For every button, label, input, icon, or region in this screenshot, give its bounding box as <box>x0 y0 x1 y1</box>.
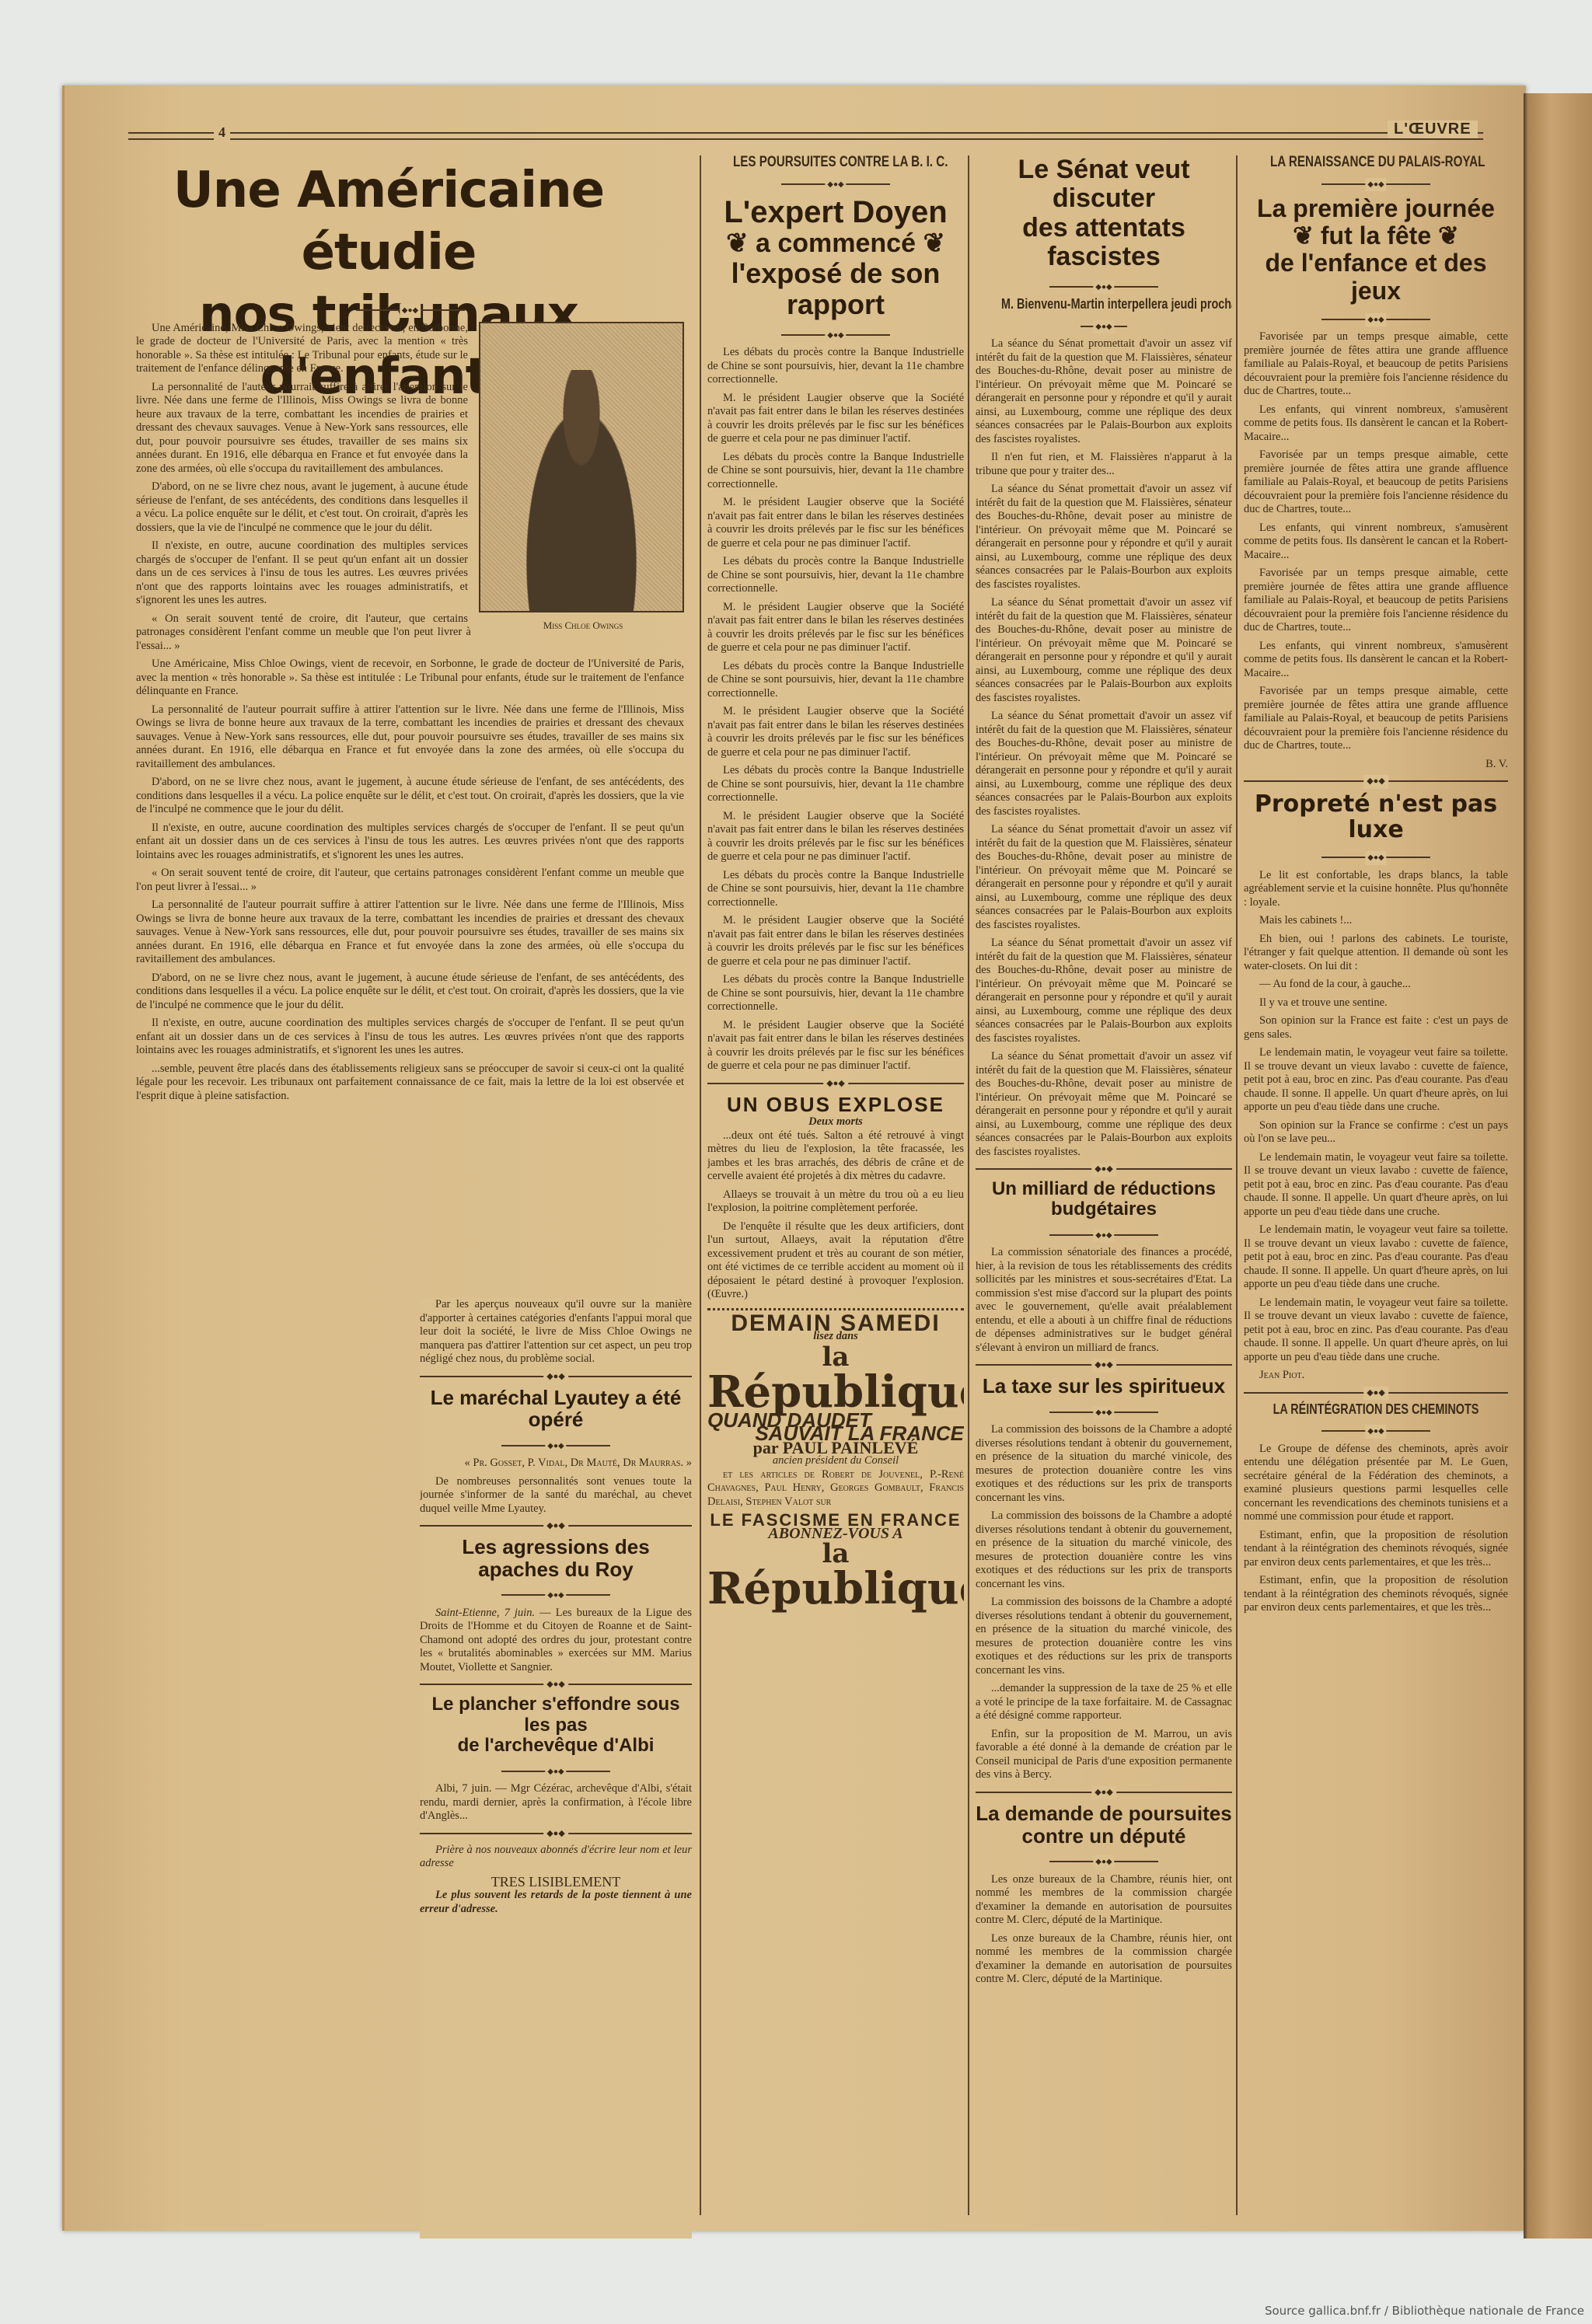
paragraph: Son opinion sur la France est faite : c'… <box>1244 1014 1508 1042</box>
paragraph: Eh bien, oui ! parlons des cabinets. Le … <box>1244 933 1508 974</box>
paragraph: La séance du Sénat promettait d'avoir un… <box>976 596 1232 705</box>
logo-name: République <box>707 1563 964 1614</box>
paragraph: La commission sénatoriale des finances a… <box>976 1246 1232 1355</box>
paragraph: Par les aperçus nouveaux qu'il ouvre sur… <box>420 1298 692 1366</box>
palais-title-1: La première journée <box>1244 195 1508 222</box>
spiritueux-title: La taxe sur les spiritueux <box>976 1375 1232 1398</box>
poursuites-title: La demande de poursuites contre un déput… <box>976 1802 1232 1847</box>
palais-title-3: de l'enfance et des jeux <box>1244 249 1508 304</box>
column-rule <box>1236 155 1238 2215</box>
paragraph: Enfin, sur la proposition de M. Marrou, … <box>976 1728 1232 1782</box>
paragraph: Mais les cabinets !... <box>1244 914 1508 928</box>
column-rule <box>968 155 969 2215</box>
ad-headline: DEMAIN SAMEDI <box>707 1317 964 1331</box>
paragraph: Favorisée par un temps presque aimable, … <box>1244 330 1508 399</box>
title-text: a commencé <box>756 229 916 258</box>
paragraph: M. le président Laugier observe que la S… <box>707 496 964 550</box>
paragraph: M. le président Laugier observe que la S… <box>707 1019 964 1073</box>
byline-role: ancien président du Conseil <box>707 1454 964 1468</box>
paragraph: Les débats du procès contre la Banque In… <box>707 555 964 596</box>
header-rule <box>128 132 1483 140</box>
senat-subtitle: M. Bienvenu-Martin interpellera jeudi pr… <box>1001 298 1206 312</box>
paragraph: Son opinion sur la France se confirme : … <box>1244 1119 1508 1146</box>
paragraph: La commission des boissons de la Chambre… <box>976 1596 1232 1677</box>
col2-lower: Par les aperçus nouveaux qu'il ouvre sur… <box>420 1298 692 2239</box>
paragraph: La commission des boissons de la Chambre… <box>976 1509 1232 1591</box>
paragraph: Albi, 7 juin. — Mgr Cézérac, archevêque … <box>420 1782 692 1823</box>
kicker: LA RENAISSANCE DU PALAIS-ROYAL <box>1270 155 1482 169</box>
paragraph: Le lendemain matin, le voyageur veut fai… <box>1244 1296 1508 1365</box>
paragraph: La séance du Sénat promettait d'avoir un… <box>976 710 1232 818</box>
paragraph: et les articles de Robert de Jouvenel, P… <box>707 1468 964 1509</box>
paragraph: M. le président Laugier observe que la S… <box>707 392 964 446</box>
paragraph: Estimant, enfin, que la proposition de r… <box>1244 1529 1508 1570</box>
paragraph: De nombreuses personnalités sont venues … <box>420 1475 692 1516</box>
paragraph: Le Groupe de défense des cheminots, aprè… <box>1244 1443 1508 1524</box>
republique-logo-2: laRépublique <box>707 1541 964 1610</box>
kicker: LES POURSUITES CONTRE LA B. I. C. <box>733 155 938 169</box>
paragraph: Le lit est confortable, les draps blancs… <box>1244 869 1508 910</box>
obus-title: UN OBUS EXPLOSE <box>707 1094 964 1116</box>
paragraph: Les débats du procès contre la Banque In… <box>707 346 964 387</box>
paragraph: Les débats du procès contre la Banque In… <box>707 869 964 910</box>
paragraph: Il n'existe, en outre, aucune coordinati… <box>136 822 684 863</box>
notice-line: Prière à nos nouveaux abonnés d'écrire l… <box>420 1844 692 1871</box>
paragraph: D'abord, on ne se livre chez nous, avant… <box>136 776 684 817</box>
col-bic: LES POURSUITES CONTRE LA B. I. C. L'expe… <box>707 155 964 2239</box>
bic-title-1: L'expert Doyen <box>707 195 964 229</box>
paragraph: Estimant, enfin, que la proposition de r… <box>1244 1574 1508 1615</box>
paragraph: Les débats du procès contre la Banque In… <box>707 660 964 701</box>
title-line: de l'archevêque d'Albi <box>420 1736 692 1756</box>
signatures: « Pr. Gosset, P. Vidal, Dr Mauté, Dr Mau… <box>420 1457 692 1471</box>
title-line: Le plancher s'effondre sous les pas <box>420 1694 692 1736</box>
signature: B. V. <box>1244 758 1508 772</box>
notice-emphasis: TRES LISIBLEMENT <box>420 1876 692 1890</box>
paragraph: La séance du Sénat promettait d'avoir un… <box>976 823 1232 932</box>
title-line-1: Une Américaine étudie <box>86 159 692 284</box>
photo-caption: Miss Chloe Owings <box>482 619 684 633</box>
title-line: contre un député <box>976 1825 1232 1848</box>
paragraph: M. le président Laugier observe que la S… <box>707 705 964 759</box>
roy-title: Les agressions des apaches du Roy <box>420 1536 692 1580</box>
paragraph: Les débats du procès contre la Banque In… <box>707 451 964 492</box>
albi-title: Le plancher s'effondre sous les pas de l… <box>420 1694 692 1756</box>
paragraph: M. le président Laugier observe que la S… <box>707 810 964 864</box>
source-credit: Source gallica.bnf.fr / Bibliothèque nat… <box>1265 2304 1584 2318</box>
paragraph: Favorisée par un temps presque aimable, … <box>1244 567 1508 635</box>
paragraph: De l'enquête il résulte que les deux art… <box>707 1220 964 1302</box>
paragraph: ...semble, peuvent être placés dans des … <box>136 1063 684 1104</box>
paragraph: Favorisée par un temps presque aimable, … <box>1244 448 1508 517</box>
paragraph: Le lendemain matin, le voyageur veut fai… <box>1244 1223 1508 1292</box>
paragraph: Les enfants, qui vinrent nombreux, s'amu… <box>1244 640 1508 681</box>
paragraph: Il n'en fut rien, et M. Flaissières n'ap… <box>976 451 1232 478</box>
paragraph: Il y va et trouve une sentine. <box>1244 996 1508 1010</box>
paragraph: ...demander la suppression de la taxe de… <box>976 1682 1232 1723</box>
title-text: fut la fête <box>1321 222 1431 249</box>
col-senat: Le Sénat veut discuter des attentats fas… <box>976 155 1232 2239</box>
page-number: 4 <box>214 124 230 141</box>
paragraph: D'abord, on ne se livre chez nous, avant… <box>136 972 684 1013</box>
paragraph: ...deux ont été tués. Salton a été retro… <box>707 1129 964 1184</box>
title-line: La demande de poursuites <box>976 1802 1232 1825</box>
bic-title-2: ❦ a commencé ❦ <box>707 229 964 258</box>
paragraph: La personnalité de l'auteur pourrait suf… <box>136 899 684 967</box>
senat-title-1: Le Sénat veut discuter <box>976 155 1232 214</box>
paragraph: — Au fond de la cour, à gauche... <box>1244 978 1508 992</box>
paragraph: La séance du Sénat promettait d'avoir un… <box>976 337 1232 446</box>
notice-line: Le plus souvent les retards de la poste … <box>420 1889 692 1916</box>
milliard-title: Un milliard de réductions budgétaires <box>976 1179 1232 1220</box>
adjacent-page-edge <box>1524 93 1592 2239</box>
paragraph: Le lendemain matin, le voyageur veut fai… <box>1244 1046 1508 1115</box>
signature: Jean Piot. <box>1244 1369 1508 1383</box>
republique-logo: laRépublique <box>707 1344 964 1414</box>
paragraph: Les débats du procès contre la Banque In… <box>707 764 964 805</box>
paragraph: Les enfants, qui vinrent nombreux, s'amu… <box>1244 403 1508 445</box>
senat-title-2: des attentats fascistes <box>976 214 1232 272</box>
palais-title-2: ❦ fut la fête ❦ <box>1244 222 1508 249</box>
paragraph: M. le président Laugier observe que la S… <box>707 914 964 968</box>
column-rule <box>700 155 701 2215</box>
paragraph: La séance du Sénat promettait d'avoir un… <box>976 1050 1232 1159</box>
paragraph: Les onze bureaux de la Chambre, réunis h… <box>976 1932 1232 1987</box>
paragraph: M. le président Laugier observe que la S… <box>707 601 964 655</box>
paragraph: Les débats du procès contre la Banque In… <box>707 973 964 1014</box>
paragraph: La personnalité de l'auteur pourrait suf… <box>136 703 684 772</box>
paragraph: La séance du Sénat promettait d'avoir un… <box>976 483 1232 591</box>
paragraph: Saint-Etienne, 7 juin. — Les bureaux de … <box>420 1607 692 1675</box>
paragraph: Les onze bureaux de la Chambre, réunis h… <box>976 1873 1232 1928</box>
bic-title-3: l'exposé de son rapport <box>707 258 964 319</box>
paragraph: Il n'existe, en outre, aucune coordinati… <box>136 1017 684 1058</box>
paragraph: La commission des boissons de la Chambre… <box>976 1423 1232 1505</box>
col-palais: LA RENAISSANCE DU PALAIS-ROYAL La premiè… <box>1244 155 1508 2239</box>
obus-subtitle: Deux morts <box>707 1115 964 1129</box>
portrait-photo <box>479 322 684 612</box>
dateline: Saint-Etienne, 7 juin. <box>435 1607 535 1619</box>
lyautey-title: Le maréchal Lyautey a été opéré <box>420 1387 692 1431</box>
paragraph: Favorisée par un temps presque aimable, … <box>1244 685 1508 753</box>
paragraph: La séance du Sénat promettait d'avoir un… <box>976 937 1232 1045</box>
paragraph: Allaeys se trouvait à un mètre du trou o… <box>707 1188 964 1216</box>
cheminots-title: LA RÉINTÉGRATION DES CHEMINOTS <box>1270 1403 1482 1417</box>
proprete-title: Propreté n'est pas luxe <box>1244 791 1508 843</box>
paragraph: Les enfants, qui vinrent nombreux, s'amu… <box>1244 522 1508 563</box>
paragraph: « On serait souvent tenté de croire, dit… <box>136 867 684 894</box>
masthead: L'ŒUVRE <box>1388 120 1478 138</box>
paragraph: Le lendemain matin, le voyageur veut fai… <box>1244 1151 1508 1220</box>
paragraph: Une Américaine, Miss Chloe Owings, vient… <box>136 658 684 699</box>
